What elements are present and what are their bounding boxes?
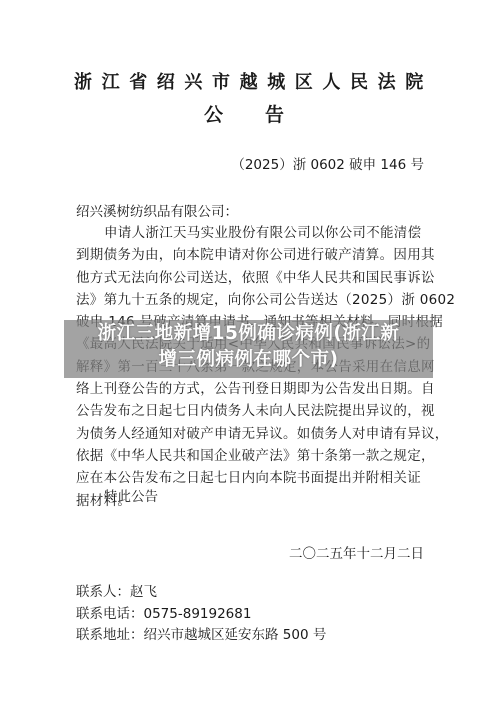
body-line: 络上刊登公告的方式，公告刊登日期即为公告发出日期。自 <box>76 378 426 400</box>
body-line: 依据《中华人民共和国企业破产法》第十条第一款之规定， <box>76 445 426 467</box>
headline-line-1: 浙江三地新增15例确诊病例(浙江新 <box>64 321 433 347</box>
body-line: 申请人浙江天马实业股份有限公司以你公司不能清偿 <box>76 222 426 244</box>
body-line: 为债务人经通知对破产申请无异议。如债务人对申请有异议， <box>76 423 426 445</box>
body-line: 公告发布之日起七日内债务人未向人民法院提出异议的，视 <box>76 400 426 422</box>
headline-banner: 浙江三地新增15例确诊病例(浙江新 增三例病例在哪个市) <box>64 321 433 373</box>
body-line: 法》第九十五条的规定，向你公司公告送达（2025）浙 0602 <box>76 289 426 311</box>
addressee: 绍兴溪树纺织品有限公司： <box>76 200 238 220</box>
contact-address: 联系地址：绍兴市越城区延安东路 500 号 <box>76 625 326 647</box>
contact-phone: 联系电话：0575-89192681 <box>76 604 326 626</box>
body-line: 到期债务为由，向本院申请对你公司进行破产清算。因用其 <box>76 244 426 266</box>
court-name-heading: 浙江省绍兴市越城区人民法院 <box>74 68 430 94</box>
contact-person: 联系人：赵飞 <box>76 582 326 604</box>
notice-title: 公告 <box>204 100 326 127</box>
closing-statement: 特此公告 <box>104 485 158 505</box>
case-number: （2025）浙 0602 破申 146 号 <box>231 153 424 173</box>
body-line: 他方式无法向你公司送达，依照《中华人民共和国民事诉讼 <box>76 267 426 289</box>
contact-info: 联系人：赵飞 联系电话：0575-89192681 联系地址：绍兴市越城区延安东… <box>76 582 326 647</box>
notice-date: 二〇二五年十二月二日 <box>289 542 424 562</box>
headline-line-2: 增三例病例在哪个市) <box>64 347 433 373</box>
